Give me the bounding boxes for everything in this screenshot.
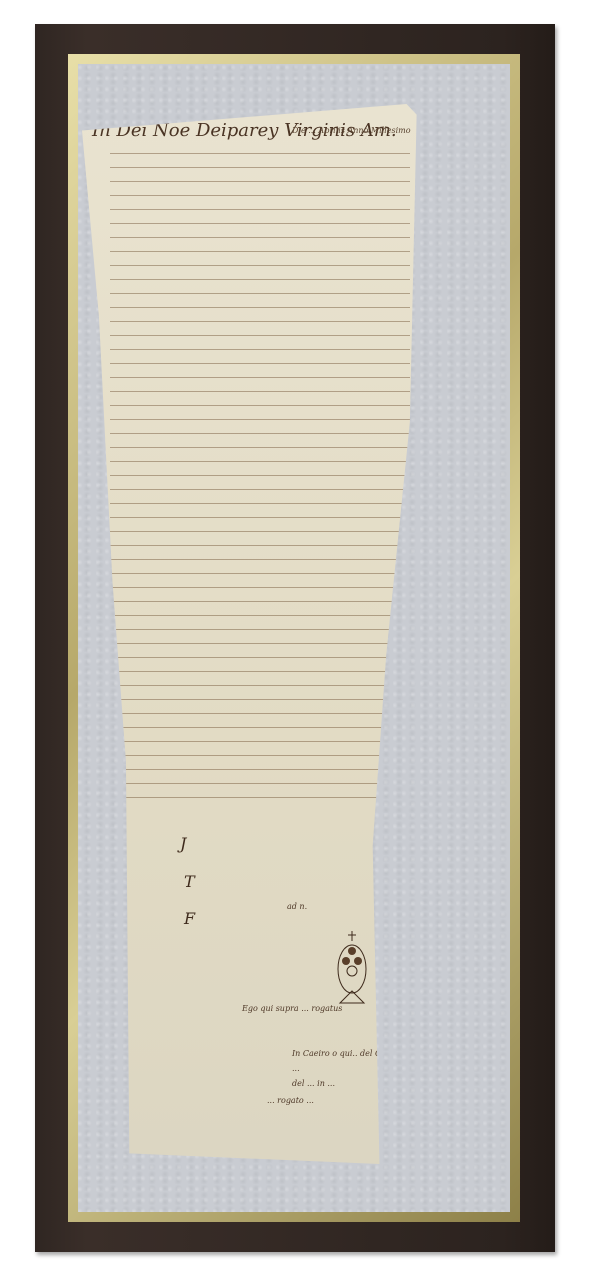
manuscript-parchment: In Dei Noe Deiparey Virginis Am. Die ...… (82, 104, 420, 1164)
margin-mark: J (180, 834, 186, 853)
margin-mark: F (184, 909, 195, 928)
margin-mark: T (184, 872, 195, 891)
notary-note-line: del ... in ... (292, 1079, 335, 1088)
center-mark: ad n. (287, 902, 307, 911)
handwritten-text-body (110, 144, 410, 804)
date-line: Die ... Aprilis Anno Millesimo (292, 126, 411, 135)
signature-line: Ego qui supra ... rogatus (242, 1004, 342, 1013)
notary-emblem-icon (332, 929, 372, 1009)
notary-note-line: ... rogato ... (267, 1096, 314, 1105)
notary-note-line: ... (292, 1064, 300, 1073)
